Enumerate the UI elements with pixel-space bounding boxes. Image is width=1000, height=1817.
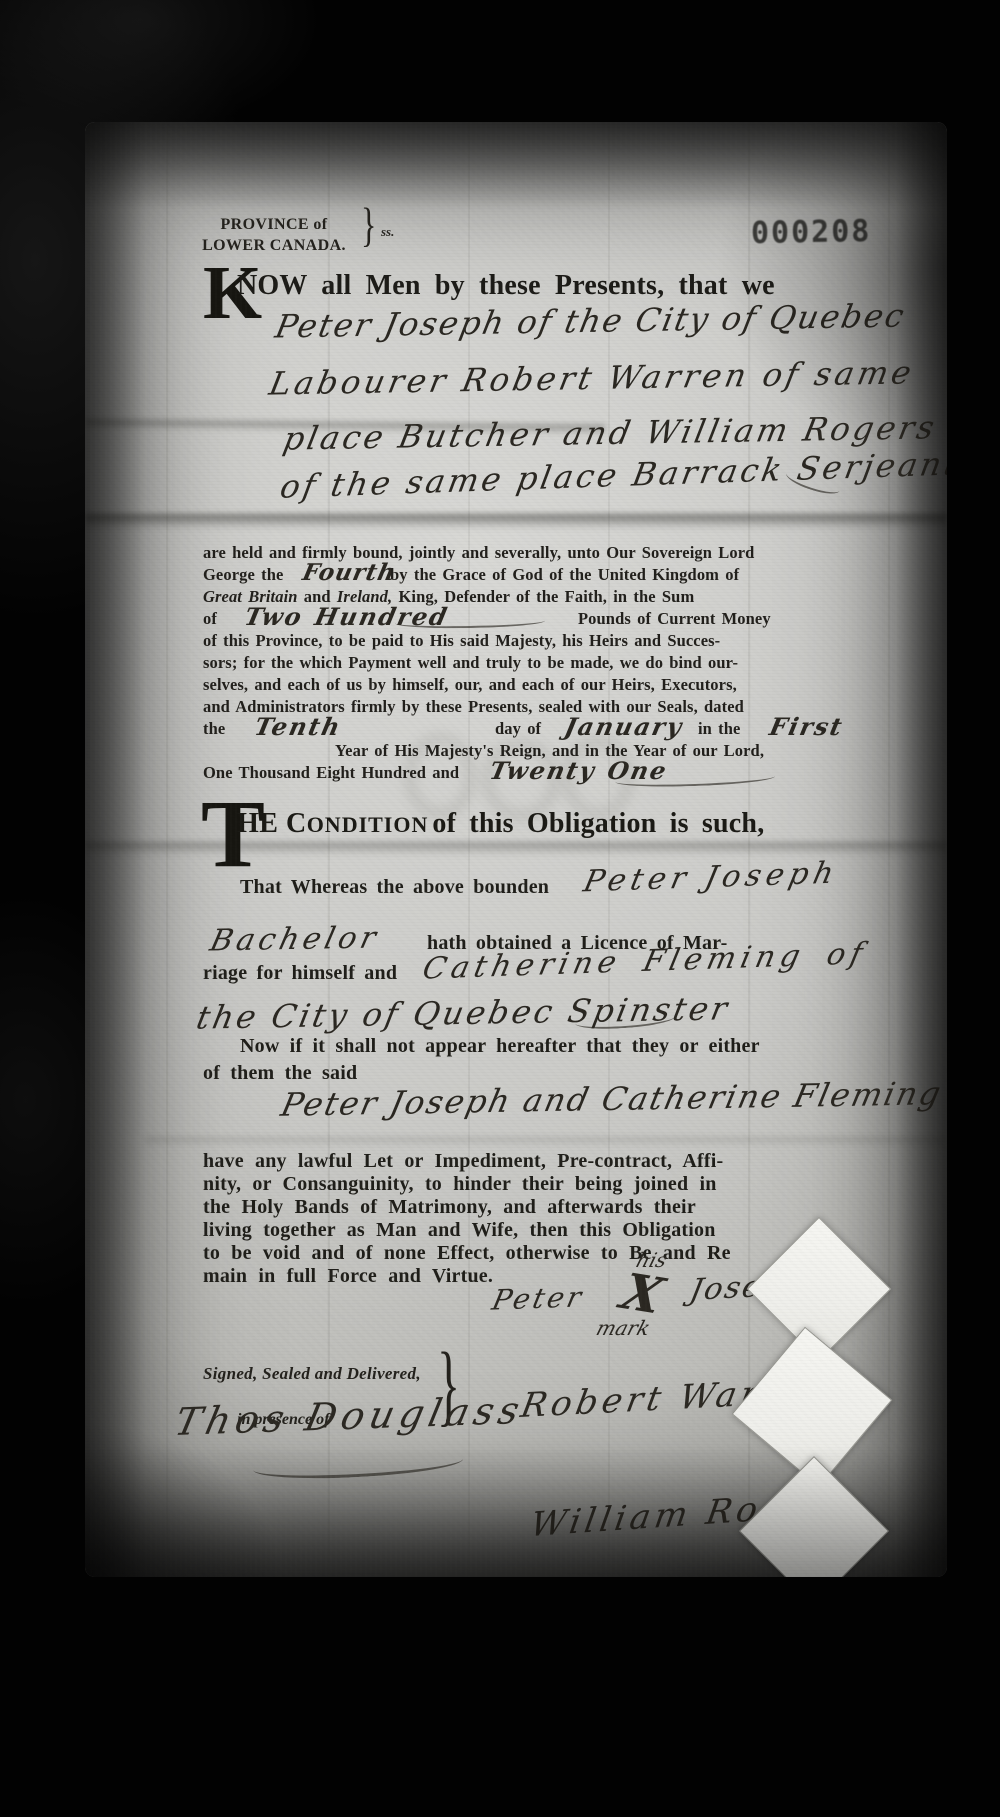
document-page: PROVINCE of LOWER CANADA. } ss. 000208 K…	[85, 122, 947, 1577]
paper-grain	[85, 122, 947, 1577]
scan-background: PROVINCE of LOWER CANADA. } ss. 000208 K…	[0, 0, 1000, 1817]
